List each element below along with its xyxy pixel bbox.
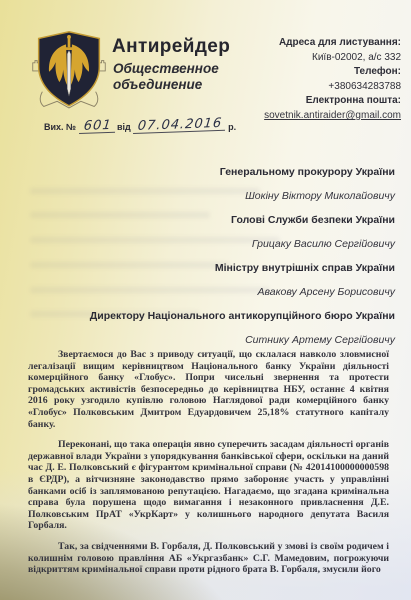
ref-suffix: р.: [228, 122, 236, 132]
addressee-name: Авакову Арсену Борисовичу: [60, 286, 395, 298]
ref-prefix: Вих. №: [44, 122, 76, 132]
body-paragraph-1: Звертаємося до Вас з приводу ситуації, щ…: [28, 349, 389, 430]
addressees-block: Генеральному прокурору України Шокіну Ві…: [60, 166, 395, 358]
antiraider-winged-shield-logo: [32, 29, 106, 110]
winged-shield-sword-icon: [32, 29, 106, 110]
addressee-name: Грицаку Василю Сергійовичу: [60, 238, 395, 250]
addressee-title: Генеральному прокурору України: [60, 166, 395, 178]
scanned-letter-photo: Антирейдер Общественное объединение Адре…: [0, 0, 411, 600]
email-label: Електронна пошта:: [264, 94, 401, 109]
org-name: Антирейдер: [112, 36, 230, 58]
org-type-line2: объединение: [113, 77, 219, 93]
ref-number-handwritten: 601: [79, 120, 116, 134]
phone-value: +380634283788: [264, 80, 401, 95]
body-paragraph-3: Так, за свідченнями В. Горбаля, Д. Полко…: [28, 541, 389, 576]
phone-label: Телефон:: [264, 65, 401, 80]
email-address: sovetnik.antiraider@gmail.com: [264, 109, 401, 124]
contact-block: Адреса для листування: Київ-02002, а/с 3…: [264, 36, 401, 124]
org-type: Общественное объединение: [113, 61, 219, 93]
outgoing-reference-line: Вих. № 601 від 07.04.2016 р.: [44, 121, 236, 134]
addressee-title: Голові Служби безпеки України: [60, 214, 395, 226]
org-type-line1: Общественное: [113, 61, 219, 77]
addressee-name: Ситнику Артему Сергійовичу: [60, 334, 395, 346]
letter-body: Звертаємося до Вас з приводу ситуації, щ…: [28, 349, 389, 585]
address-label: Адреса для листування:: [264, 36, 401, 51]
address-value: Київ-02002, а/с 332: [264, 51, 401, 66]
ref-middle: від: [117, 122, 131, 132]
addressee-title: Директору Національного антикорупційного…: [60, 310, 395, 322]
addressee-name: Шокіну Віктору Миколайовичу: [60, 190, 395, 202]
addressee-title: Міністру внутрішніх справ України: [60, 262, 395, 274]
body-paragraph-2: Переконані, що така операція явно супере…: [28, 439, 389, 532]
ref-date-handwritten: 07.04.2016: [133, 118, 227, 134]
